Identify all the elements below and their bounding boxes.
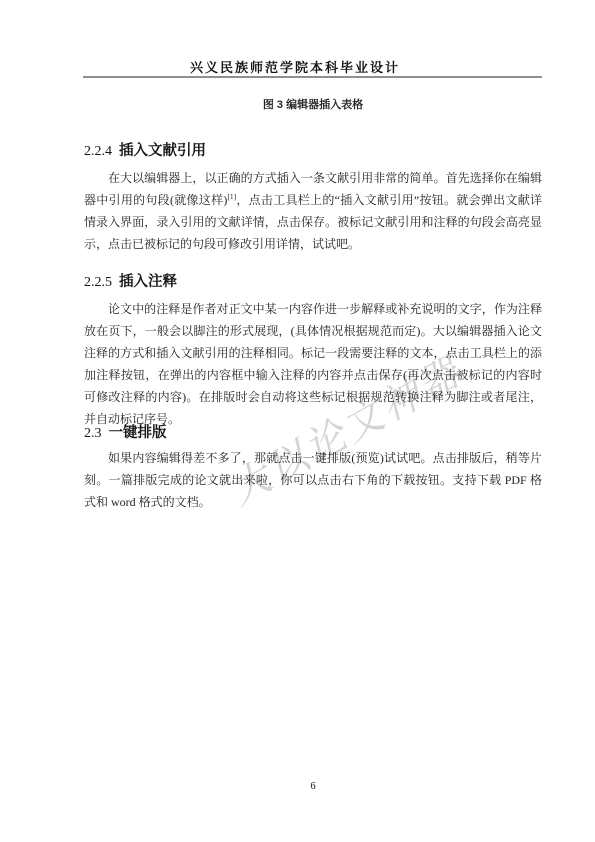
page-number: 6	[84, 781, 542, 792]
section-title: 一键排版	[109, 425, 167, 441]
section-number: 2.2.5	[84, 275, 112, 290]
citation-superscript: [1]	[227, 192, 236, 201]
running-header-title: 兴义民族师范学院本科毕业设计	[0, 57, 590, 76]
section-heading-2-2-4: 2.2.4插入文献引用	[84, 139, 206, 160]
section-number: 2.3	[84, 426, 102, 441]
paragraph-typeset: 如果内容编辑得差不多了，那就点击一键排版(预览)试试吧。点击排版后，稍等片刻。一…	[84, 447, 542, 513]
section-heading-2-2-5: 2.2.5插入注释	[84, 270, 177, 291]
section-title: 插入文献引用	[119, 143, 206, 159]
figure-caption: 图 3 编辑器插入表格	[84, 96, 542, 112]
section-title: 插入注释	[119, 274, 177, 290]
paragraph-citation: 在大以编辑器上，以正确的方式插入一条文献引用非常的简单。首先选择你在编辑器中引用…	[84, 167, 542, 255]
section-heading-2-3: 2.3一键排版	[84, 421, 167, 442]
document-page: 兴义民族师范学院本科毕业设计 大以论文神器 图 3 编辑器插入表格 2.2.4插…	[0, 0, 595, 842]
header-rule	[83, 76, 542, 78]
paragraph-annotation: 论文中的注释是作者对正文中某一内容作进一步解释或补充说明的文字，作为注释放在页下…	[84, 298, 542, 430]
section-number: 2.2.4	[84, 144, 112, 159]
